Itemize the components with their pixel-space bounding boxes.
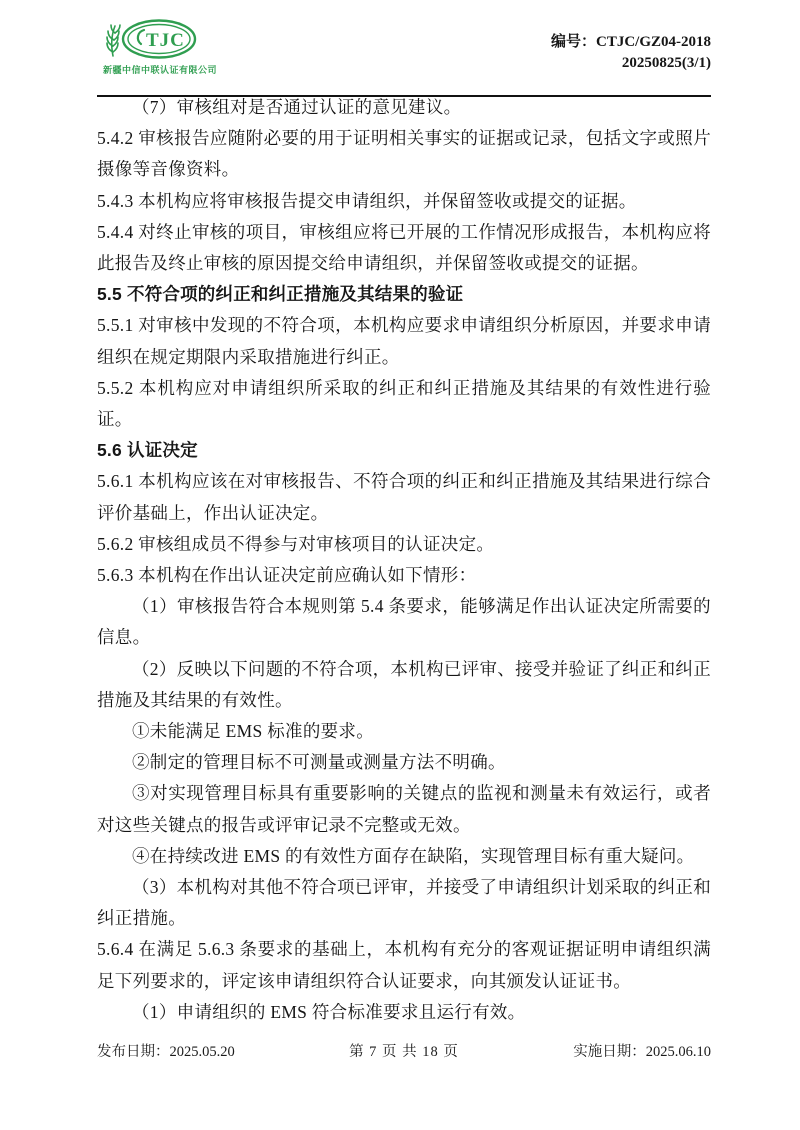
paragraph: ③对实现管理目标具有重要影响的关键点的监视和测量未有效运行，或者对这些关键点的报… [97,778,711,840]
paragraph: ②制定的管理目标不可测量或测量方法不明确。 [97,747,711,778]
paragraph: 5.6.4 在满足 5.6.3 条要求的基础上，本机构有充分的客观证据证明申请组… [97,934,711,996]
document-page: { "page": { "background": "#ffffff", "te… [0,0,800,1130]
paragraph: （3）本机构对其他不符合项已评审，并接受了申请组织计划采取的纠正和纠正措施。 [97,872,711,934]
document-revision: 20250825(3/1) [551,53,711,74]
section-heading: 5.6 认证决定 [97,435,711,466]
page-footer: 发布日期：2025.05.20 第 7 页 共 18 页 实施日期：2025.0… [97,1040,711,1061]
paragraph: 5.4.3 本机构应将审核报告提交申请组织，并保留签收或提交的证据。 [97,186,711,217]
ctjc-wheat-oval-logo-icon: TJC [103,18,199,62]
paragraph: 5.5.2 本机构应对申请组织所采取的纠正和纠正措施及其结果的有效性进行验证。 [97,373,711,435]
paragraph: 5.4.2 审核报告应随附必要的用于证明相关事实的证据或记录，包括文字或照片摄像… [97,123,711,185]
paragraph: （1）审核报告符合本规则第 5.4 条要求，能够满足作出认证决定所需要的信息。 [97,591,711,653]
paragraph: 5.6.1 本机构应该在对审核报告、不符合项的纠正和纠正措施及其结果进行综合评价… [97,466,711,528]
section-heading: 5.5 不符合项的纠正和纠正措施及其结果的验证 [97,279,711,310]
implement-date: 实施日期：2025.06.10 [506,1040,711,1061]
paragraph: （2）反映以下问题的不符合项，本机构已评审、接受并验证了纠正和纠正措施及其结果的… [97,654,711,716]
paragraph: 5.4.4 对终止审核的项目，审核组应将已开展的工作情况形成报告，本机构应将此报… [97,217,711,279]
paragraph: （7）审核组对是否通过认证的意见建议。 [97,92,711,123]
company-logo-block: TJC 新疆中信中联认证有限公司 [103,18,243,76]
paragraph: 5.6.3 本机构在作出认证决定前应确认如下情形： [97,560,711,591]
paragraph: 5.5.1 对审核中发现的不符合项，本机构应要求申请组织分析原因，并要求申请组织… [97,310,711,372]
document-body: （7）审核组对是否通过认证的意见建议。5.4.2 审核报告应随附必要的用于证明相… [97,92,711,1028]
document-number-block: 编号：CTJC/GZ04-2018 20250825(3/1) [551,32,711,74]
paragraph: ④在持续改进 EMS 的有效性方面存在缺陷，实现管理目标有重大疑问。 [97,841,711,872]
company-name: 新疆中信中联认证有限公司 [103,63,243,76]
paragraph: ①未能满足 EMS 标准的要求。 [97,716,711,747]
page-number: 第 7 页 共 18 页 [302,1040,507,1061]
svg-text:TJC: TJC [146,30,185,51]
document-number: 编号：CTJC/GZ04-2018 [551,32,711,53]
paragraph: 5.6.2 审核组成员不得参与对审核项目的认证决定。 [97,529,711,560]
paragraph: （1）申请组织的 EMS 符合标准要求且运行有效。 [97,997,711,1028]
release-date: 发布日期：2025.05.20 [97,1040,302,1061]
page-content: TJC 新疆中信中联认证有限公司 编号：CTJC/GZ04-2018 20250… [97,0,711,1130]
page-header: TJC 新疆中信中联认证有限公司 编号：CTJC/GZ04-2018 20250… [97,18,711,78]
